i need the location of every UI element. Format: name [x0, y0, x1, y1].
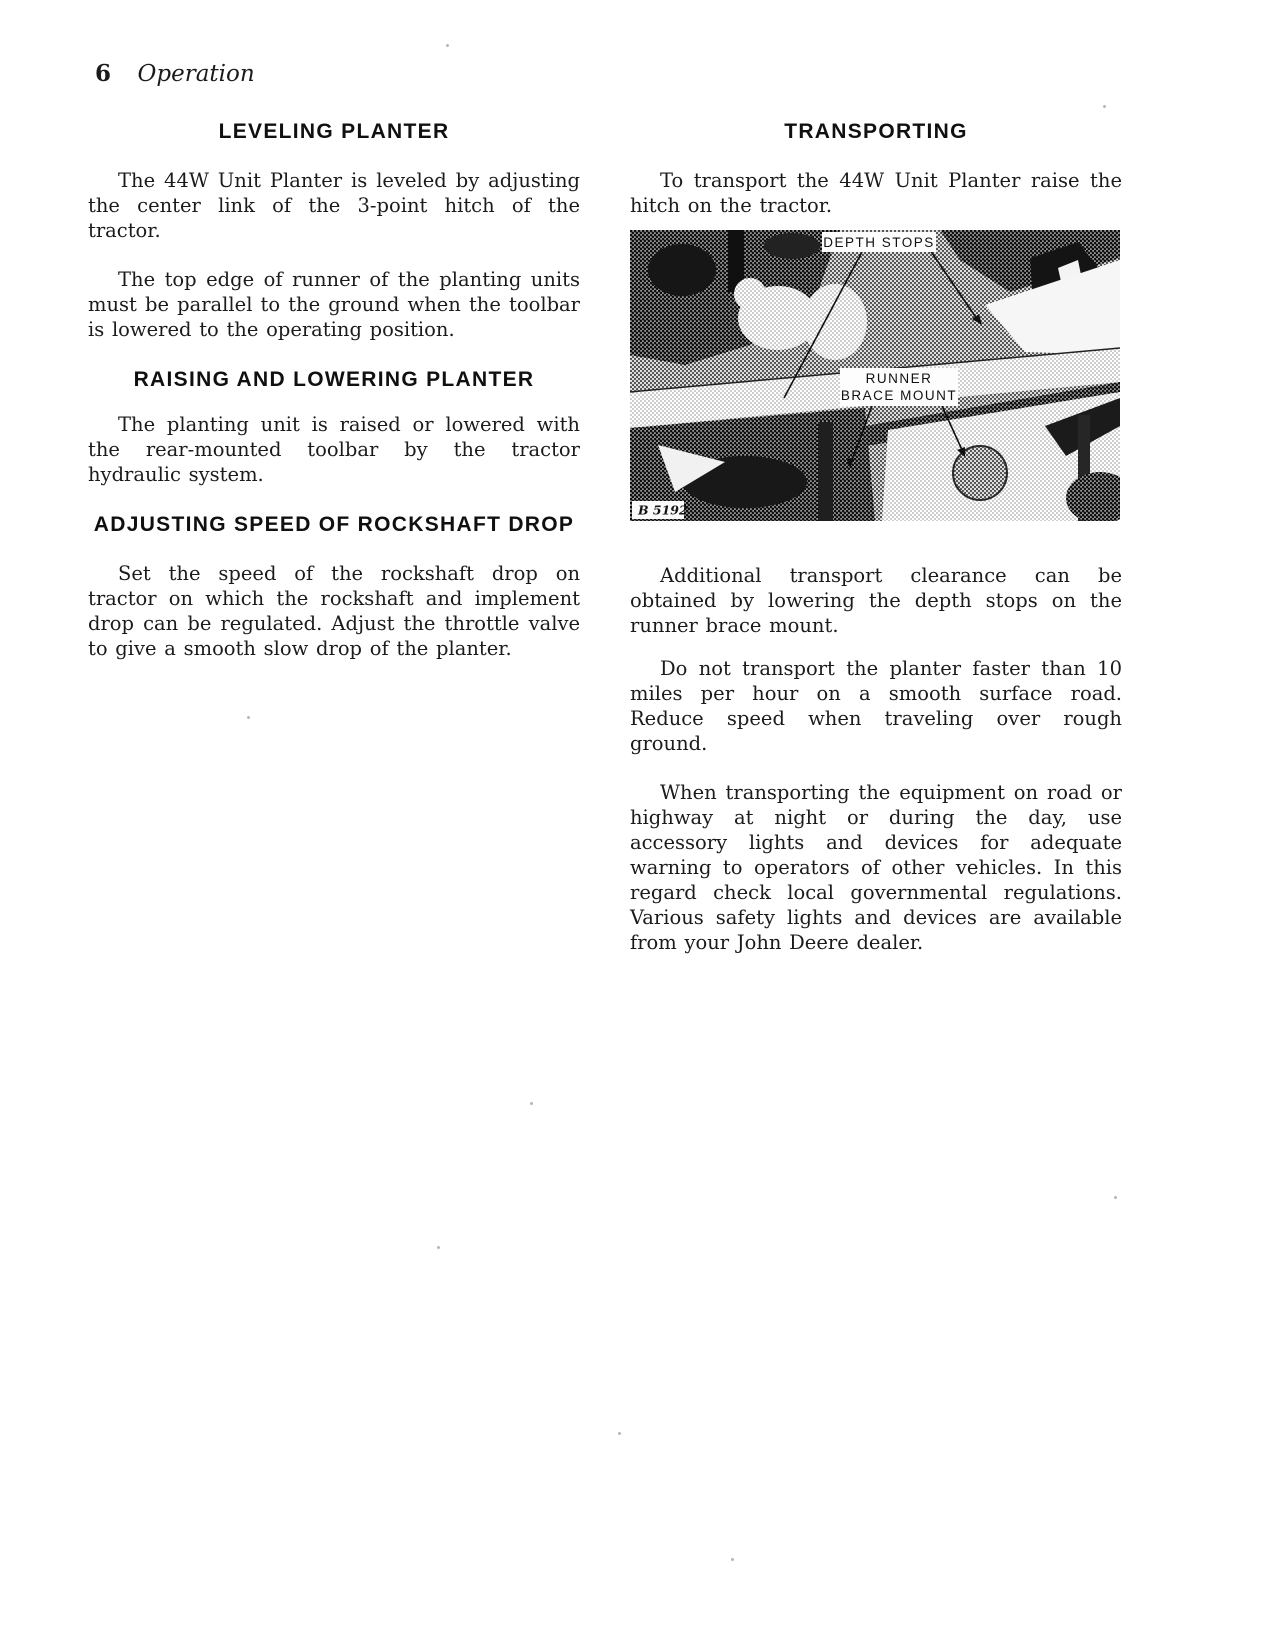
running-title: Operation	[138, 61, 255, 87]
scan-speck	[437, 1246, 440, 1249]
photo-label-depth-stops: DEPTH STOPS	[822, 232, 936, 252]
runner-label-line2: BRACE MOUNT	[841, 388, 957, 403]
depth-stops-label: DEPTH STOPS	[823, 235, 935, 250]
scan-speck	[530, 1102, 533, 1105]
two-column-layout: LEVELING PLANTER The 44W Unit Planter is…	[88, 108, 1122, 955]
paragraph: Additional transport clearance can be ob…	[630, 563, 1122, 638]
photo-id-label: B 5192	[637, 503, 688, 518]
scan-speck	[1103, 105, 1106, 108]
left-column: LEVELING PLANTER The 44W Unit Planter is…	[88, 108, 580, 955]
paragraph: The planting unit is raised or lowered w…	[88, 412, 580, 487]
paragraph: Set the speed of the rockshaft drop on t…	[88, 561, 580, 661]
paragraph: When transporting the equipment on road …	[630, 780, 1122, 955]
scan-speck	[247, 716, 250, 719]
runner-label-line1: RUNNER	[866, 371, 933, 386]
page-number: 6	[95, 60, 112, 87]
scan-speck	[731, 1558, 734, 1561]
photo-label-runner-brace-mount: RUNNER BRACE MOUNT	[840, 368, 958, 406]
section-heading-leveling-planter: LEVELING PLANTER	[88, 120, 580, 144]
scan-speck	[618, 1432, 621, 1435]
paragraph: The 44W Unit Planter is leveled by adjus…	[88, 168, 580, 243]
paragraph: To transport the 44W Unit Planter raise …	[630, 168, 1122, 218]
paragraph: The top edge of runner of the planting u…	[88, 267, 580, 342]
section-heading-raising-lowering: RAISING AND LOWERING PLANTER	[88, 368, 580, 392]
halftone-photo: DEPTH STOPS RUNNER BRACE MOUNT B 5192	[630, 230, 1120, 521]
manual-page: 6Operation LEVELING PLANTER The 44W Unit…	[0, 0, 1275, 1650]
section-heading-adjusting-rockshaft: ADJUSTING SPEED OF ROCKSHAFT DROP	[88, 513, 580, 537]
page-header: 6Operation	[95, 60, 255, 87]
scan-speck	[1114, 1196, 1117, 1199]
section-heading-transporting: TRANSPORTING	[630, 120, 1122, 144]
right-column: TRANSPORTING To transport the 44W Unit P…	[630, 108, 1122, 955]
paragraph: Do not transport the planter faster than…	[630, 656, 1122, 756]
scan-speck	[446, 44, 449, 47]
figure-transport-photo: DEPTH STOPS RUNNER BRACE MOUNT B 5192	[630, 230, 1120, 521]
photo-id-plate: B 5192	[632, 501, 688, 519]
